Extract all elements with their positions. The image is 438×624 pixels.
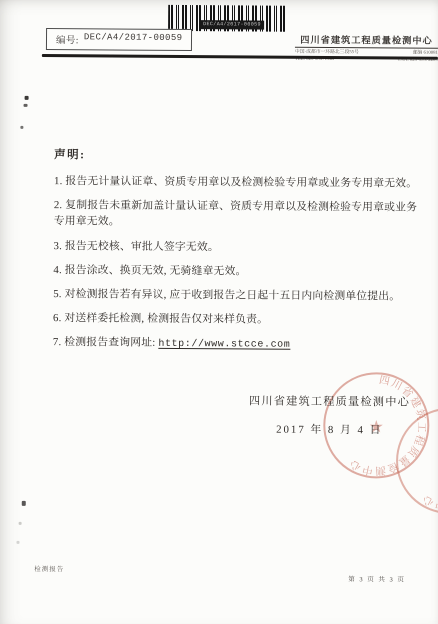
barcode-label: DEC/A4/2017-00059 bbox=[200, 20, 264, 29]
declaration-item-6: 6. 对送样委托检测, 检测报告仅对来样负责。 bbox=[53, 310, 421, 329]
declaration-section: 声明: 1. 报告无计量认证章、资质专用章以及检测检验专用章或业务专用章无效。 … bbox=[53, 146, 422, 362]
barcode: DEC/A4/2017-00059 bbox=[168, 5, 285, 32]
report-number-value: DEC/A4/2017-00059 bbox=[84, 32, 183, 47]
report-query-url: http://www.stcce.com bbox=[158, 339, 290, 351]
scan-speck bbox=[19, 522, 22, 525]
declaration-item-5: 5. 对检测报告若有异议, 应于收到报告之日起十五日内向检测单位提出。 bbox=[53, 286, 421, 305]
scan-speck bbox=[16, 541, 19, 544]
scan-speck bbox=[22, 501, 26, 506]
footer-doc-type: 检测报告 bbox=[34, 564, 64, 573]
declaration-item-4: 4. 报告涂改、换页无效, 无骑缝章无效。 bbox=[53, 262, 421, 281]
signature-org-name: 四川省建筑工程质量检测中心 bbox=[221, 392, 437, 410]
scan-speck bbox=[20, 126, 23, 129]
declaration-item-1: 1. 报告无计量认证章、资质专用章以及检测检验专用章或业务专用章无效。 bbox=[54, 173, 422, 192]
report-number-box: 编号: DEC/A4/2017-00059 bbox=[46, 28, 193, 51]
scanned-report-page: DEC/A4/2017-00059 编号: DEC/A4/2017-00059 … bbox=[0, 0, 438, 624]
signature-block: 四川省建筑工程质量检测中心 2017 年 8 月 4 日 bbox=[221, 392, 437, 438]
org-name: 四川省建筑工程质量检测中心 bbox=[295, 32, 438, 49]
page-content: DEC/A4/2017-00059 编号: DEC/A4/2017-00059 … bbox=[0, 0, 438, 624]
declaration-item-3: 3. 报告无校核、审批人签字无效。 bbox=[54, 238, 422, 257]
declaration-item-7-text: 7. 检测报告查询网址: bbox=[53, 336, 159, 349]
report-number-label: 编号: bbox=[56, 32, 79, 46]
declaration-item-2: 2. 复制报告未重新加盖计量认证章、资质专用章以及检测检验专用章或业务专用章无效… bbox=[54, 197, 422, 232]
scan-speck bbox=[24, 104, 28, 107]
signature-date: 2017 年 8 月 4 日 bbox=[221, 421, 437, 438]
org-letterhead: 四川省建筑工程质量检测中心 中国·成都市一环路北三段55号 邮编 610081 … bbox=[295, 32, 438, 64]
org-postal: 邮编 610081 bbox=[413, 50, 438, 56]
declaration-heading: 声明: bbox=[54, 146, 422, 165]
page-indicator: 第 3 页 共 3 页 bbox=[348, 574, 405, 583]
scan-speck bbox=[25, 96, 29, 100]
declaration-item-7: 7. 检测报告查询网址: http://www.stcce.com bbox=[53, 334, 421, 354]
